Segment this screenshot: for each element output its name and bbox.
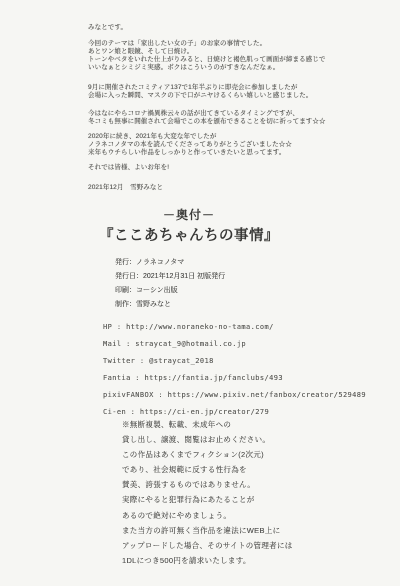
afterword-line: それでは皆様、よいお年を! bbox=[88, 164, 169, 172]
disclaimer-line: ※無断複製、転載、未成年への bbox=[122, 417, 293, 432]
publish-date-label: 発行日 bbox=[115, 273, 136, 280]
afterword-line: いいなぁとシミジミ実感。ボクはこういうのがすきなんだなぁ。 bbox=[88, 64, 325, 72]
separator: ： bbox=[129, 287, 136, 294]
creator-row: 制作：雪野みなと bbox=[115, 298, 225, 312]
afterword-line: ノラネコノタマの本を読んでくださってありがとうございました☆☆ bbox=[88, 141, 292, 149]
book-title: 『ここあちゃんちの事情』 bbox=[0, 227, 378, 245]
afterword-line: みなとです。 bbox=[88, 24, 127, 32]
disclaimer-line: であり、社会規範に反する性行為を bbox=[122, 462, 293, 477]
twitter-handle: Twitter : @straycat_2018 bbox=[103, 353, 366, 370]
creator-label: 制作 bbox=[115, 301, 129, 308]
disclaimer-line: 貸し出し、譲渡、閲覧はお止めください。 bbox=[122, 432, 293, 447]
afterword-line: 来年もウチらしい作品をしっかりと作っていきたいと思ってます。 bbox=[88, 149, 292, 157]
printer-row: 印刷：コーシン出版 bbox=[115, 284, 225, 298]
afterword-signature: 2021年12月 雪野みなと bbox=[88, 184, 163, 192]
afterword-line: 会場に入った瞬間、マスクの下で口がニヤけるくらい嬉しいと感じました。 bbox=[88, 92, 312, 100]
afterword-paragraph-event: 9月に開催されたコミティア137で1年半ぶりに即売会に参加しましたが 会場に入っ… bbox=[88, 84, 312, 100]
fantia-url: Fantia : https://fantia.jp/fanclubs/493 bbox=[103, 370, 366, 387]
disclaimer-line: 1DLにつき500円を請求いたします。 bbox=[122, 553, 293, 568]
afterword-closing: それでは皆様、よいお年を! bbox=[88, 164, 169, 172]
scanned-doujinshi-colophon-page: みなとです。 今回のテーマは「家出したい女の子」のお家の事情でした。 あとワン娘… bbox=[0, 0, 400, 586]
creator-value: 雪野みなと bbox=[136, 301, 171, 308]
separator: ： bbox=[129, 301, 136, 308]
disclaimer-line: アップロードした場合、そのサイトの管理者には bbox=[122, 538, 293, 553]
publish-date-value: 2021年12月31日 初版発行 bbox=[143, 273, 225, 280]
afterword-line: トーンやベタをいれた仕上がりみると、日焼けと褐色肌って画面が締まる感じで bbox=[88, 56, 325, 64]
disclaimer-line: この作品はあくまでフィクション(2次元) bbox=[122, 447, 293, 462]
disclaimer-block: ※無断複製、転載、未成年への 貸し出し、譲渡、閲覧はお止めください。 この作品は… bbox=[122, 417, 293, 568]
disclaimer-line: また当方の許可無く当作品を違法にWEB上に bbox=[122, 523, 293, 538]
afterword-line: 今回のテーマは「家出したい女の子」のお家の事情でした。 bbox=[88, 40, 325, 48]
afterword-greeting: みなとです。 bbox=[88, 24, 127, 32]
afterword-paragraph-hope: 今はなにやらコロナ禍異株云々の話が出てきているタイミングですが、 冬コミも無事に… bbox=[88, 110, 326, 126]
disclaimer-line: 賛美、誇張するものではありません。 bbox=[122, 477, 293, 492]
afterword-line: 冬コミも無事に開催されて会場でこの本を頒布できることを切に祈ってます☆☆ bbox=[88, 118, 326, 126]
publisher-value: ノラネコノタマ bbox=[136, 259, 184, 266]
publisher-label: 発行 bbox=[115, 259, 129, 266]
links-block: HP : http://www.noraneko-no-tama.com/ Ma… bbox=[103, 319, 366, 421]
afterword-paragraph-thanks: 2020年に続き、2021年も大変な年でしたが ノラネコノタマの本を読んでくださ… bbox=[88, 133, 292, 157]
separator: ： bbox=[129, 259, 136, 266]
colophon-heading: －奥付－ bbox=[0, 208, 378, 222]
publish-date-row: 発行日：2021年12月31日 初版発行 bbox=[115, 270, 225, 284]
publisher-row: 発行：ノラネコノタマ bbox=[115, 256, 225, 270]
mail-address: Mail : straycat_9@hotmail.co.jp bbox=[103, 336, 366, 353]
afterword-line: 9月に開催されたコミティア137で1年半ぶりに即売会に参加しましたが bbox=[88, 84, 312, 92]
disclaimer-line: あるので絶対にやめましょう。 bbox=[122, 508, 293, 523]
printer-value: コーシン出版 bbox=[136, 287, 178, 294]
homepage-url: HP : http://www.noraneko-no-tama.com/ bbox=[103, 319, 366, 336]
signature-line: 2021年12月 雪野みなと bbox=[88, 184, 163, 192]
afterword-line: 今はなにやらコロナ禍異株云々の話が出てきているタイミングですが、 bbox=[88, 110, 326, 118]
separator: ： bbox=[136, 273, 143, 280]
afterword-line: あとワン娘と眼鏡、そして日焼け。 bbox=[88, 48, 325, 56]
printer-label: 印刷 bbox=[115, 287, 129, 294]
pixiv-fanbox-url: pixivFANBOX : https://www.pixiv.net/fanb… bbox=[103, 387, 366, 404]
disclaimer-line: 実際にやると犯罪行為にあたることが bbox=[122, 492, 293, 507]
afterword-paragraph-theme: 今回のテーマは「家出したい女の子」のお家の事情でした。 あとワン娘と眼鏡、そして… bbox=[88, 40, 325, 72]
afterword-line: 2020年に続き、2021年も大変な年でしたが bbox=[88, 133, 292, 141]
publication-details: 発行：ノラネコノタマ 発行日：2021年12月31日 初版発行 印刷：コーシン出… bbox=[115, 256, 225, 312]
